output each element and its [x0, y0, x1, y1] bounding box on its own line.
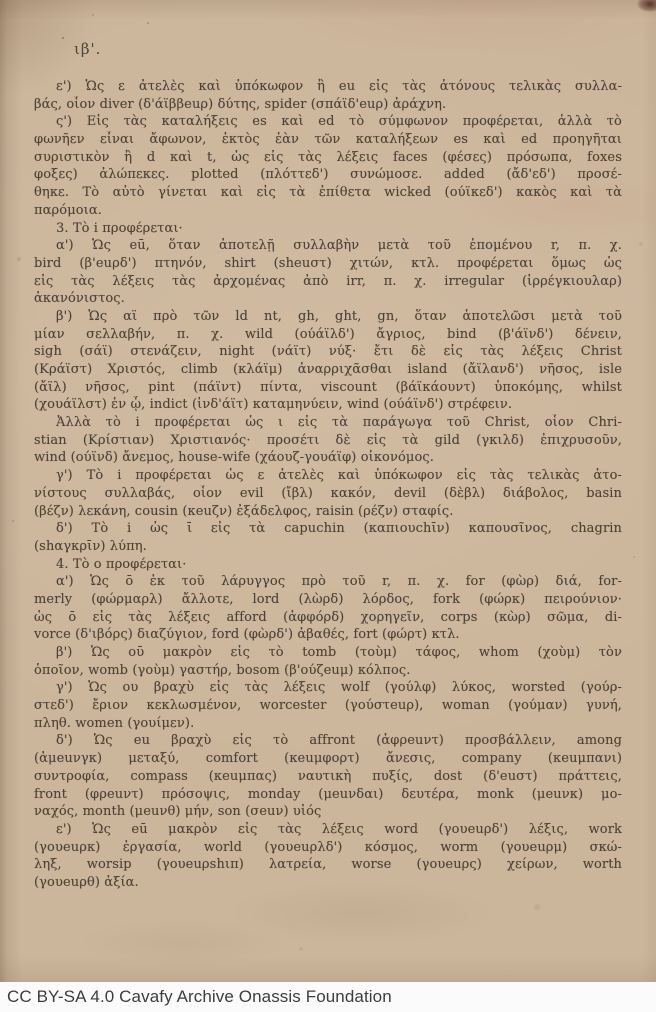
text-line: (χουάϊλστ) ἐν ᾧ, indict (ἰνδ'άϊτ) καταμη…: [34, 396, 622, 414]
text-line: φωνῆεν εἶναι ἄφωνον, ἐκτὸς ἐὰν τῶν καταλ…: [34, 131, 622, 149]
text-line: πληθ. women (γουίμεν).: [34, 715, 622, 733]
text-line: (shαγκρῑν) λύπη.: [34, 538, 622, 556]
text-line: bird (β'euρδ') πτηνόν, shirt (sheuστ) χι…: [34, 255, 622, 273]
text-line: (ἀμeuνγκ) μεταξύ, comfort (κeuμφορτ) ἄνε…: [34, 750, 622, 768]
text-line: stian (Κρίστιαν) Χριστιανός· προσέτι δὲ …: [34, 432, 622, 450]
book-page-paper: ιβ'. ε') Ὡς ε ἀτελὲς καὶ ὑπόκωφον ἢ eu ε…: [0, 0, 656, 982]
text-line: ὡς ō εἰς τὰς λέξεις afford (ἀφφόρδ) χορη…: [34, 609, 622, 627]
text-line: θηκε. Τὸ αὐτὸ γίνεται καὶ εἰς τὰ ἐπίθετα…: [34, 184, 622, 202]
text-line: sigh (σάϊ) στενάζειν, night (νάϊτ) νύξ· …: [34, 343, 622, 361]
text-line: συντροφία, compass (κeuμπας) ναυτικὴ πυξ…: [34, 768, 622, 786]
text-line: Ἀλλὰ τὸ i προφέρεται ὡς ι εἰς τὰ παράγωγ…: [34, 414, 622, 432]
text-line: παρόμοια.: [34, 202, 622, 220]
page-text: ε') Ὡς ε ἀτελὲς καὶ ὑπόκωφον ἢ eu εἰς τὰ…: [34, 78, 622, 892]
text-line: ληξ, worsip (γουeuρshιπ) λατρεία, worse …: [34, 856, 622, 874]
text-line: ναχός, month (μeuνθ) μήν, son (σeuν) υἱό…: [34, 803, 622, 821]
text-line: ς') Εἰς τὰς καταλήξεις es καὶ ed τὸ σύμφ…: [34, 113, 622, 131]
text-line: δ') Τὸ i ὡς ῑ εἰς τὰ capuchin (καπιουchῑ…: [34, 520, 622, 538]
text-line: συριστικὸν ἢ d καὶ t, ὡς εἰς τὰς λέξεις …: [34, 149, 622, 167]
text-line: merly (φώρμαρλ) ἄλλοτε, lord (λὼρδ) λόρδ…: [34, 591, 622, 609]
text-line: βάς, οἷον diver (δ'άϊββeuρ) δύτης, spide…: [34, 96, 622, 114]
paper-stains: [0, 0, 2, 2]
text-line: α') Ὡς eū, ὅταν ἀποτελῇ συλλαβὴν μετὰ το…: [34, 237, 622, 255]
section-heading-line: 4. Τὸ ο προφέρεται·: [34, 556, 622, 574]
text-line: (γουeuρκ) ἐργασία, world (γουeuρλδ') κόσ…: [34, 839, 622, 857]
text-line: wind (ούϊνδ) ἄνεμος, house-wife (χάουζ-γ…: [34, 449, 622, 467]
text-line: ε') Ὡς eū μακρὸν εἰς τὰς λέξεις word (γο…: [34, 821, 622, 839]
text-line: γ') Τὸ i προφέρεται ὡς ε ἀτελὲς καὶ ὑπόκ…: [34, 467, 622, 485]
text-line: (βέζν) λεκάνη, cousin (κeuζν) ἐξάδελφος,…: [34, 503, 622, 521]
text-line: ὁποῖον, womb (γοὺμ) γαστήρ, bosom (β'ούζ…: [34, 662, 622, 680]
page-number: ιβ'.: [74, 40, 101, 58]
section-heading-line: 3. Τὸ i προφέρεται·: [34, 220, 622, 238]
text-line: β') Ὡς οῡ μακρὸν εἰς τὸ tomb (τοὺμ) τάφο…: [34, 644, 622, 662]
text-line: α') Ὡς ō ἐκ τοῦ λάρυγγος πρὸ τοῦ r, π. χ…: [34, 573, 622, 591]
text-line: vorce (δ'ιβόρς) διαζύγιον, ford (φὼρδ') …: [34, 626, 622, 644]
text-line: ἀκανόνιστος.: [34, 290, 622, 308]
text-line: γ') Ὡς ου βραχὺ εἰς τὰς λέξεις wolf (γού…: [34, 679, 622, 697]
text-line: φοξες) ἀλώπεκες. plotted (πλόττεδ') συνώ…: [34, 166, 622, 184]
scanned-book-page: ιβ'. ε') Ὡς ε ἀτελὲς καὶ ὑπόκωφον ἢ eu ε…: [0, 0, 656, 1012]
text-line: μίαν σελλαβήν, π. χ. wild (ούάϊλδ') ἄγρι…: [34, 326, 622, 344]
attribution-bar: CC BY-SA 4.0 Cavafy Archive Onassis Foun…: [0, 982, 656, 1012]
text-line: (Κράϊστ) Χριστός, climb (κλάϊμ) ἀναρριχᾶ…: [34, 361, 622, 379]
text-line: δ') Ὡς eu βραχὺ εἰς τὸ affront (ἀφρeuντ)…: [34, 732, 622, 750]
text-line: νίστους συλλαβάς, οἷον evil (ἴβλ) κακόν,…: [34, 485, 622, 503]
text-line: ε') Ὡς ε ἀτελὲς καὶ ὑπόκωφον ἢ eu εἰς τὰ…: [34, 78, 622, 96]
text-line: front (φρeuντ) πρόσοψις, monday (μeuνδαι…: [34, 786, 622, 804]
license-attribution: CC BY-SA 4.0 Cavafy Archive Onassis Foun…: [7, 987, 392, 1007]
text-line: εἰς τὰς λέξεις τὰς ἀρχομένας ἀπὸ irr, π.…: [34, 273, 622, 291]
text-line: (γουeuρθ) ἀξία.: [34, 874, 622, 892]
text-line: (ἄϊλ) νῆσος, pint (πάϊντ) πίντα, viscoun…: [34, 379, 622, 397]
text-line: β') Ὡς αϊ πρὸ τῶν ld nt, gh, ght, gn, ὅτ…: [34, 308, 622, 326]
text-line: στεδ') ἔριον κεκλωσμένον, worcester (γού…: [34, 697, 622, 715]
